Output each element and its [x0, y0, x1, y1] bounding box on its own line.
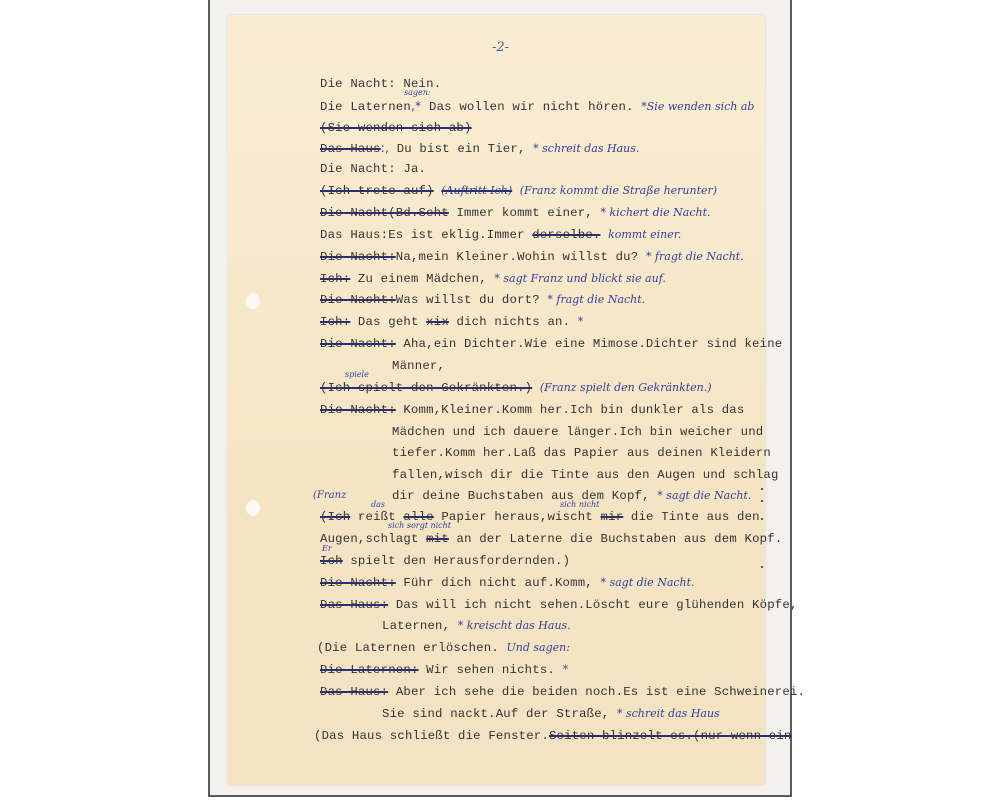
typed-line: Ich: Das geht xix dich nichts an. * — [320, 315, 583, 329]
typed-line: Das Haus: Aber ich sehe die beiden noch.… — [320, 685, 805, 699]
handwritten-insert: das — [371, 500, 385, 509]
typed-line: (Die Laternen erlöschen. Und sagen: — [317, 641, 570, 655]
handwritten-annotation: * fragt die Nacht. — [547, 293, 645, 306]
handwritten-annotation: Und sagen: — [507, 641, 570, 654]
handwritten-insert: sich nicht — [560, 500, 599, 509]
typed-line: Die Nacht: Ja. — [320, 162, 426, 176]
typed-line: Die Laternen: Wir sehen nichts. * — [320, 663, 568, 677]
typed-line: Die Nacht: Komm,Kleiner.Komm her.Ich bin… — [320, 403, 744, 417]
typed-line: Das Haus:Es ist eklig.Immer derselbe. ko… — [320, 228, 681, 242]
typed-line: Männer, — [392, 359, 445, 373]
typed-line: Ich: Zu einem Mädchen, * sagt Franz und … — [320, 272, 666, 286]
punch-hole-top — [246, 293, 260, 309]
typed-line: Die Nacht:Na,mein Kleiner.Wohin willst d… — [320, 250, 744, 264]
handwritten-annotation: * sagt Franz und blickt sie auf. — [494, 272, 666, 285]
typed-line: Laternen, * kreischt das Haus. — [382, 619, 571, 633]
typed-line: Sie sind nackt.Auf der Straße, * schreit… — [382, 707, 720, 721]
handwritten-annotation: * sagt die Nacht. — [600, 576, 694, 589]
handwritten-annotation: * fragt die Nacht. — [646, 250, 744, 263]
typed-line: (Ich reißt alle Papier heraus,wischt mir… — [320, 510, 760, 524]
typed-line: tiefer.Komm her.Laß das Papier aus deine… — [392, 446, 771, 460]
handwritten-insert: Er — [322, 544, 332, 553]
typed-line: Das Haus: Das will ich nicht sehen.Lösch… — [320, 598, 798, 612]
typed-line: fallen,wisch dir die Tinte aus den Augen… — [392, 468, 779, 482]
typed-line: (Ich trete auf) (Auftritt Ich) (Franz ko… — [320, 184, 717, 198]
typed-line: (Das Haus schließt die Fenster.Seiten bl… — [314, 729, 792, 743]
typed-line: Die Laternen,* Das wollen wir nicht höre… — [320, 99, 754, 114]
margin-tick — [761, 566, 763, 568]
handwritten-insert: spiele — [345, 370, 369, 379]
typed-line: Mädchen und ich dauere länger.Ich bin we… — [392, 425, 763, 439]
handwritten-annotation: * schreit das Haus — [617, 707, 720, 720]
handwritten-annotation: * sagt die Nacht. — [657, 489, 751, 502]
handwritten-annotation: * kreischt das Haus. — [458, 619, 571, 632]
typed-line: Die Nacht(Bd.Seht Immer kommt einer, * k… — [320, 206, 711, 220]
handwritten-insert: sagen: — [404, 88, 431, 97]
handwritten-insert: sich sorgt nicht — [388, 521, 451, 530]
margin-tick — [761, 488, 763, 490]
page-number: -2- — [492, 40, 509, 55]
handwritten-annotation: kommt einer. — [608, 228, 681, 241]
typed-line: Die Nacht:Was willst du dort? * fragt di… — [320, 293, 645, 307]
typed-line: Ich spielt den Herausfordernden.) — [320, 554, 570, 568]
margin-tick — [761, 518, 763, 520]
typed-line: Die Nacht: Führ dich nicht auf.Komm, * s… — [320, 576, 695, 590]
handwritten-annotation: (Franz kommt die Straße herunter) — [520, 184, 717, 197]
typed-line: Augen,schlagt mit an der Laterne die Buc… — [320, 532, 782, 546]
handwritten-margin: (Franz — [313, 490, 346, 501]
typed-line: Die Nacht: Aha,ein Dichter.Wie eine Mimo… — [320, 337, 782, 351]
typed-line: Das Haus:, Du bist ein Tier, * schreit d… — [320, 141, 639, 156]
handwritten-annotation: * schreit das Haus. — [533, 142, 639, 155]
typed-line: (Sie wenden sich ab) — [320, 121, 472, 135]
handwritten-annotation: (Franz spielt den Gekränkten.) — [540, 381, 712, 394]
handwritten-annotation: *Sie wenden sich ab — [641, 100, 754, 113]
typed-line: (Ich spielt den Gekränkten.) (Franz spie… — [320, 381, 712, 395]
margin-tick — [761, 500, 763, 502]
punch-hole-bottom — [246, 500, 260, 516]
handwritten-annotation: * kichert die Nacht. — [600, 206, 710, 219]
